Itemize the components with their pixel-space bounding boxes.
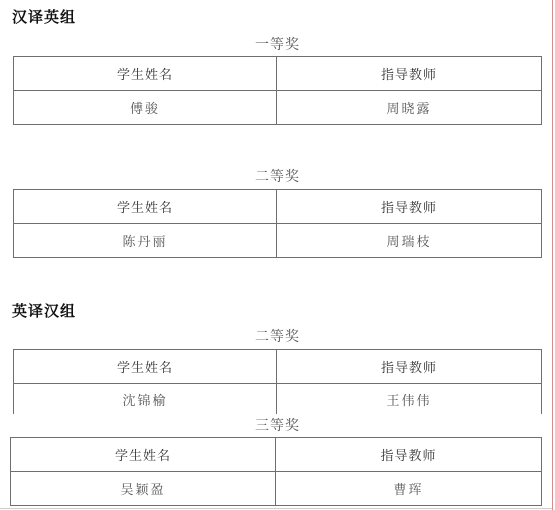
- award-title-second: 二等奖: [0, 166, 555, 186]
- header-advisor: 指导教师: [276, 438, 542, 472]
- group-title-c2e: 汉译英组: [12, 6, 76, 27]
- header-student-name: 学生姓名: [14, 190, 277, 224]
- table-row: 吴颖盈 曹珲: [11, 472, 542, 506]
- table-row: 傅骏 周晓露: [14, 91, 542, 125]
- advisor-name: 王伟伟: [277, 384, 542, 415]
- header-student-name: 学生姓名: [14, 350, 277, 384]
- table-row: 沈锦榆 王伟伟: [14, 384, 542, 415]
- award-title-first: 一等奖: [0, 34, 555, 54]
- page-margin-line: [552, 0, 553, 510]
- student-name: 傅骏: [14, 91, 277, 125]
- page-bottom-divider: [0, 508, 552, 509]
- student-name: 陈丹丽: [14, 224, 277, 258]
- table-header-row: 学生姓名 指导教师: [14, 350, 542, 384]
- table-header-row: 学生姓名 指导教师: [14, 190, 542, 224]
- table-header-row: 学生姓名 指导教师: [11, 438, 542, 472]
- table-header-row: 学生姓名 指导教师: [14, 57, 542, 91]
- student-name: 吴颖盈: [11, 472, 276, 506]
- award-table-c2e-second: 学生姓名 指导教师 陈丹丽 周瑞枝: [13, 189, 542, 258]
- award-title-third: 三等奖: [0, 415, 555, 435]
- advisor-name: 周晓露: [277, 91, 542, 125]
- table-row: 陈丹丽 周瑞枝: [14, 224, 542, 258]
- header-advisor: 指导教师: [277, 190, 542, 224]
- header-advisor: 指导教师: [277, 350, 542, 384]
- award-table-e2c-third: 学生姓名 指导教师 吴颖盈 曹珲: [10, 437, 542, 506]
- award-table-c2e-first: 学生姓名 指导教师 傅骏 周晓露: [13, 56, 542, 125]
- award-title-second: 二等奖: [0, 326, 555, 346]
- header-student-name: 学生姓名: [14, 57, 277, 91]
- group-title-e2c: 英译汉组: [12, 300, 76, 321]
- header-student-name: 学生姓名: [11, 438, 276, 472]
- student-name: 沈锦榆: [14, 384, 277, 415]
- award-table-e2c-second: 学生姓名 指导教师 沈锦榆 王伟伟: [13, 349, 542, 414]
- advisor-name: 周瑞枝: [277, 224, 542, 258]
- advisor-name: 曹珲: [276, 472, 542, 506]
- header-advisor: 指导教师: [277, 57, 542, 91]
